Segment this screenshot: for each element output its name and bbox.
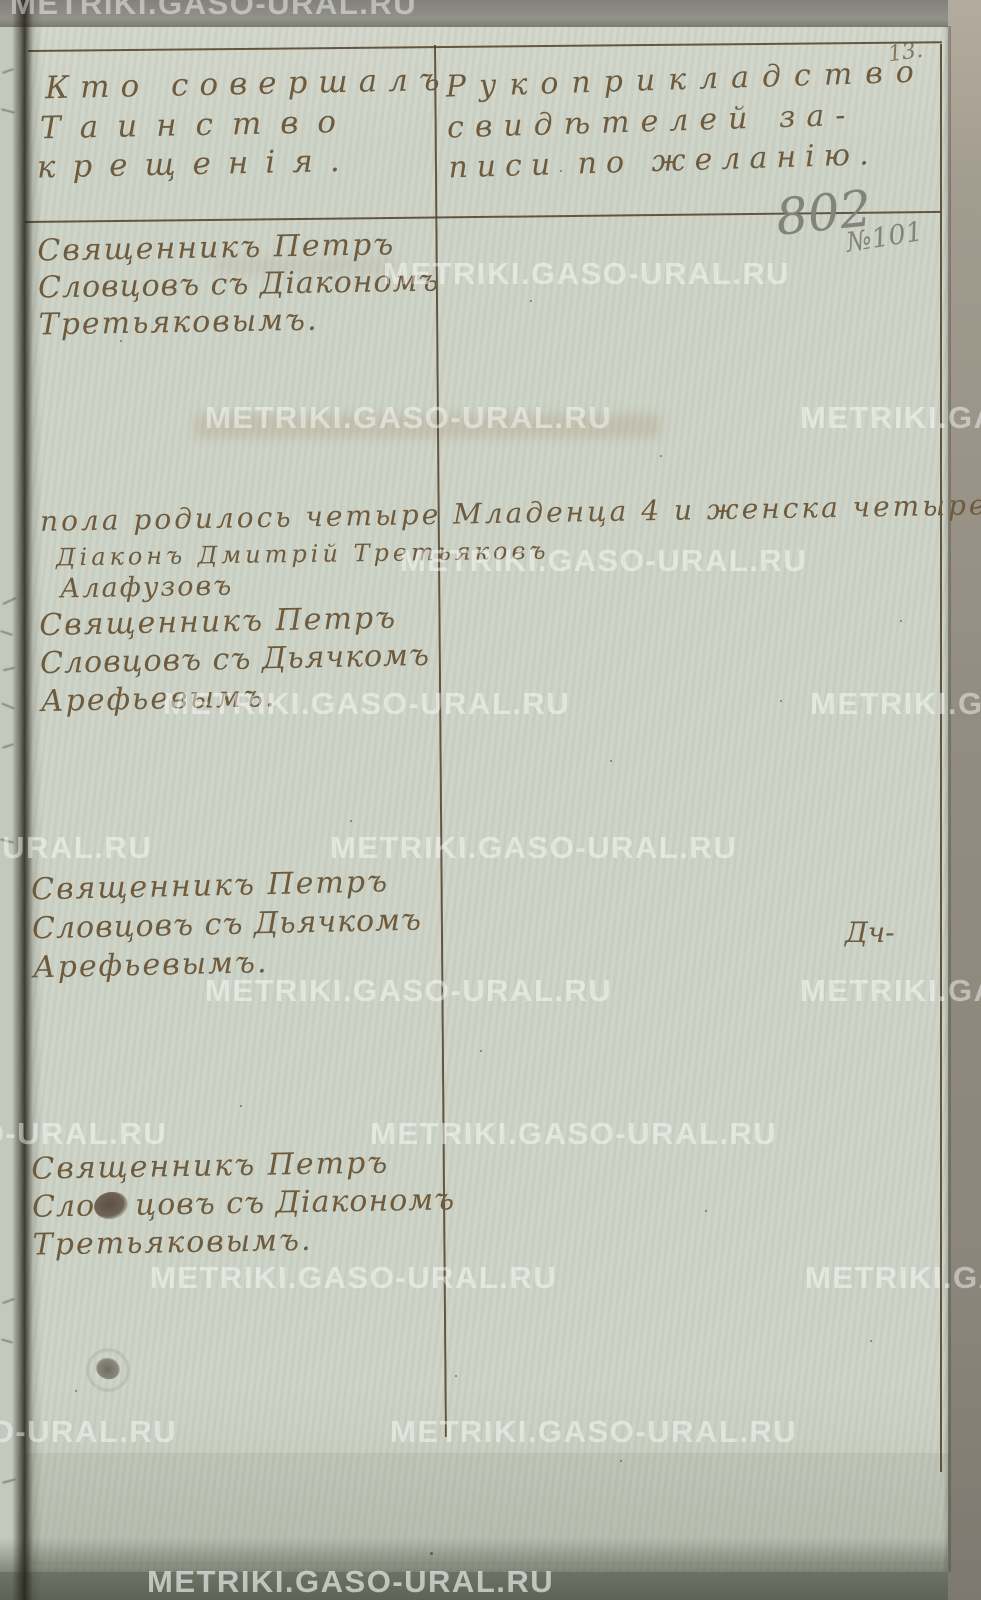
entry-line: Священникъ Петръ bbox=[31, 1144, 455, 1186]
entry-line: Третьяковымъ. bbox=[38, 300, 440, 342]
speck bbox=[620, 1460, 622, 1462]
speck bbox=[350, 820, 352, 822]
entry-2: Священникъ Петръ Словцовъ съ Дьячкомъ Ар… bbox=[39, 600, 431, 719]
margin-note: Дч- bbox=[845, 916, 895, 949]
entry-line: Священникъ Петръ bbox=[31, 864, 422, 908]
table-right-border bbox=[940, 44, 942, 1472]
speck bbox=[705, 1210, 707, 1212]
speck bbox=[240, 1105, 242, 1107]
entry-line: Словцовъ съ Дьячкомъ bbox=[40, 638, 431, 681]
entry-line: Словцовъ съ Діакономъ bbox=[38, 263, 440, 305]
table-surface-top bbox=[0, 0, 981, 27]
archival-scan-page: Кто совершалъ Таинство крещенія. Рукопри… bbox=[0, 0, 981, 1600]
speck bbox=[530, 300, 532, 302]
speck bbox=[610, 760, 612, 762]
header-left-column: Кто совершалъ Таинство крещенія. bbox=[45, 62, 453, 185]
entry-3: Священникъ Петръ Словцовъ съ Дьячкомъ Ар… bbox=[31, 864, 423, 986]
speck bbox=[75, 1390, 77, 1392]
entry-line: Словцовъ съ Дьячкомъ bbox=[32, 903, 423, 947]
speck bbox=[455, 1375, 457, 1377]
speck bbox=[780, 700, 782, 702]
faded-ink-stain bbox=[195, 414, 660, 438]
speck bbox=[660, 455, 662, 457]
page-number: 13. bbox=[886, 38, 924, 68]
speck bbox=[480, 1050, 482, 1052]
table-surface-bottom bbox=[0, 1572, 981, 1600]
entry-line: Третьяковымъ. bbox=[32, 1220, 456, 1262]
header-right-column: Рукоприкладство свидѣтелей за- писи по ж… bbox=[445, 54, 930, 185]
page-right-edge bbox=[943, 26, 951, 1572]
entry-line: Священникъ Петръ bbox=[39, 600, 430, 643]
page-bottom-shadow bbox=[0, 1538, 981, 1574]
signature-line: Алафузовъ bbox=[60, 570, 234, 604]
header-left-line: Кто совершалъ bbox=[45, 62, 451, 106]
speck bbox=[430, 1552, 433, 1555]
speck bbox=[870, 1340, 872, 1342]
speck bbox=[900, 620, 902, 622]
cardboard-backing bbox=[948, 0, 981, 1600]
header-left-line: Таинство bbox=[40, 102, 452, 147]
entry-line: Священникъ Петръ bbox=[37, 227, 439, 269]
entry-1: Священникъ Петръ Словцовъ съ Діакономъ Т… bbox=[37, 227, 440, 343]
